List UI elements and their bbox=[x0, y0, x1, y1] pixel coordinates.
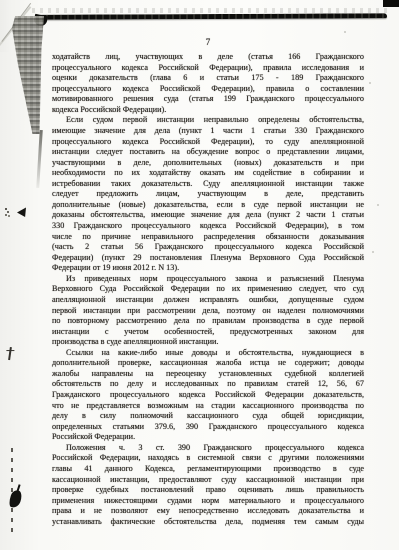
text-line: доказаны обстоятельства, имеющие значени… bbox=[52, 210, 364, 221]
text-line: права и не позволяют ему непосредственно… bbox=[52, 506, 364, 517]
text-line: ходатайств лиц, участвующих в деле (стат… bbox=[52, 52, 364, 63]
text-line: инстанции с учетом особенностей, предусм… bbox=[52, 327, 364, 338]
ink-mark-speck bbox=[5, 208, 7, 210]
text-line: проверке судебных постановлений право оц… bbox=[52, 485, 364, 496]
text-line: что не представляется возможным на стади… bbox=[52, 401, 364, 412]
text-line: жалобы направлены на переоценку установл… bbox=[52, 369, 364, 380]
text-line: обстоятельств по делу и исследованных по… bbox=[52, 379, 364, 390]
text-line: Гражданского процессуального кодекса Рос… bbox=[52, 390, 364, 401]
text-line: процессуального кодекса Российской Федер… bbox=[52, 63, 364, 74]
text-line: Федерации от 19 июня 2012 г. N 13). bbox=[52, 263, 364, 274]
text-line: числе по причине неправильного распредел… bbox=[52, 232, 364, 243]
scan-corner-block bbox=[383, 0, 399, 7]
paragraph: Положения ч. 3 ст. 390 Гражданского проц… bbox=[52, 443, 364, 528]
text-line: необходимости по их ходатайству оказать … bbox=[52, 168, 364, 179]
ink-mark-t bbox=[8, 347, 11, 360]
text-line: Федерации) (пункт 29 постановления Плену… bbox=[52, 253, 364, 264]
paper-speck bbox=[377, 204, 379, 206]
text-line: кодекса Российской Федерации). bbox=[52, 105, 364, 116]
paper-speck bbox=[369, 82, 371, 84]
text-line: имеющие значение для дела (пункт 1 части… bbox=[52, 126, 364, 137]
paragraph: ходатайств лиц, участвующих в деле (стат… bbox=[52, 52, 364, 115]
paragraph: Если судом первой инстанции неправильно … bbox=[52, 115, 364, 273]
text-line: дополнительной проверке, кассационная жа… bbox=[52, 358, 364, 369]
text-line: первой инстанции при рассмотрении дела, … bbox=[52, 306, 364, 317]
text-line: Российской Федерации. bbox=[52, 432, 364, 443]
text-line: Из приведенных норм процессуального зако… bbox=[52, 274, 364, 285]
text-line: процессуального кодекса Российской Федер… bbox=[52, 137, 364, 148]
text-line: истребовании таких доказательств. Суду а… bbox=[52, 179, 364, 190]
text-line: применения нижестоящими судами норм мате… bbox=[52, 496, 364, 507]
ink-mark-arrow bbox=[17, 207, 26, 217]
text-line: Если судом первой инстанции неправильно … bbox=[52, 115, 364, 126]
scan-corner-shade bbox=[0, 0, 10, 52]
text-line: (часть 2 статьи 56 Гражданского процессу… bbox=[52, 242, 364, 253]
text-line: дополнительные (новые) доказательства, е… bbox=[52, 200, 364, 211]
ink-blob bbox=[7, 489, 23, 510]
text-line: Ссылки на какие-либо иные доводы и обсто… bbox=[52, 348, 364, 359]
text-block: ходатайств лиц, участвующих в деле (стат… bbox=[52, 52, 364, 527]
scan-left-edge-tail bbox=[36, 130, 42, 188]
page-number: 7 bbox=[52, 37, 364, 47]
scan-top-edge-fuzz bbox=[32, 8, 388, 13]
text-line: кассационной инстанции, предоставляют су… bbox=[52, 475, 364, 486]
scanned-page: 7 ходатайств лиц, участвующих в деле (ст… bbox=[0, 0, 399, 550]
text-line: по повторному рассмотрению дела по прави… bbox=[52, 316, 364, 327]
text-line: Российской Федерации, находясь в системн… bbox=[52, 453, 364, 464]
text-line: процессуального кодекса Российской Федер… bbox=[52, 84, 364, 95]
text-line: устанавливать фактические обстоятельства… bbox=[52, 517, 364, 528]
paper-speck bbox=[344, 31, 346, 33]
text-line: инстанции следует поставить на обсуждени… bbox=[52, 147, 364, 158]
scan-top-edge-band bbox=[39, 13, 387, 20]
text-line: мотивированного решения суда (статья 199… bbox=[52, 94, 364, 105]
text-line: участвующими в деле, дополнительных (нов… bbox=[52, 158, 364, 169]
scan-left-edge-texture bbox=[12, 16, 44, 134]
text-line: главы 41 данного Кодекса, регламентирующ… bbox=[52, 464, 364, 475]
paragraph: Из приведенных норм процессуального зако… bbox=[52, 274, 364, 348]
text-line: апелляционной инстанции должен исправлят… bbox=[52, 295, 364, 306]
text-line: делу в силу полномочий кассационного суд… bbox=[52, 411, 364, 422]
text-line: Верховного Суда Российской Федерации по … bbox=[52, 284, 364, 295]
text-line: оценки доказательств (глава 6 и статьи 1… bbox=[52, 73, 364, 84]
text-line: следует предложить лицам, участвующим в … bbox=[52, 189, 364, 200]
text-line: производства в суде апелляционной инстан… bbox=[52, 337, 364, 348]
paragraph: Ссылки на какие-либо иные доводы и обсто… bbox=[52, 348, 364, 443]
text-line: определенных статьями 379.6, 390 Граждан… bbox=[52, 422, 364, 433]
text-line: Положения ч. 3 ст. 390 Гражданского проц… bbox=[52, 443, 364, 454]
paper-speck bbox=[372, 251, 374, 253]
text-line: 330 Гражданского процессуального кодекса… bbox=[52, 221, 364, 232]
